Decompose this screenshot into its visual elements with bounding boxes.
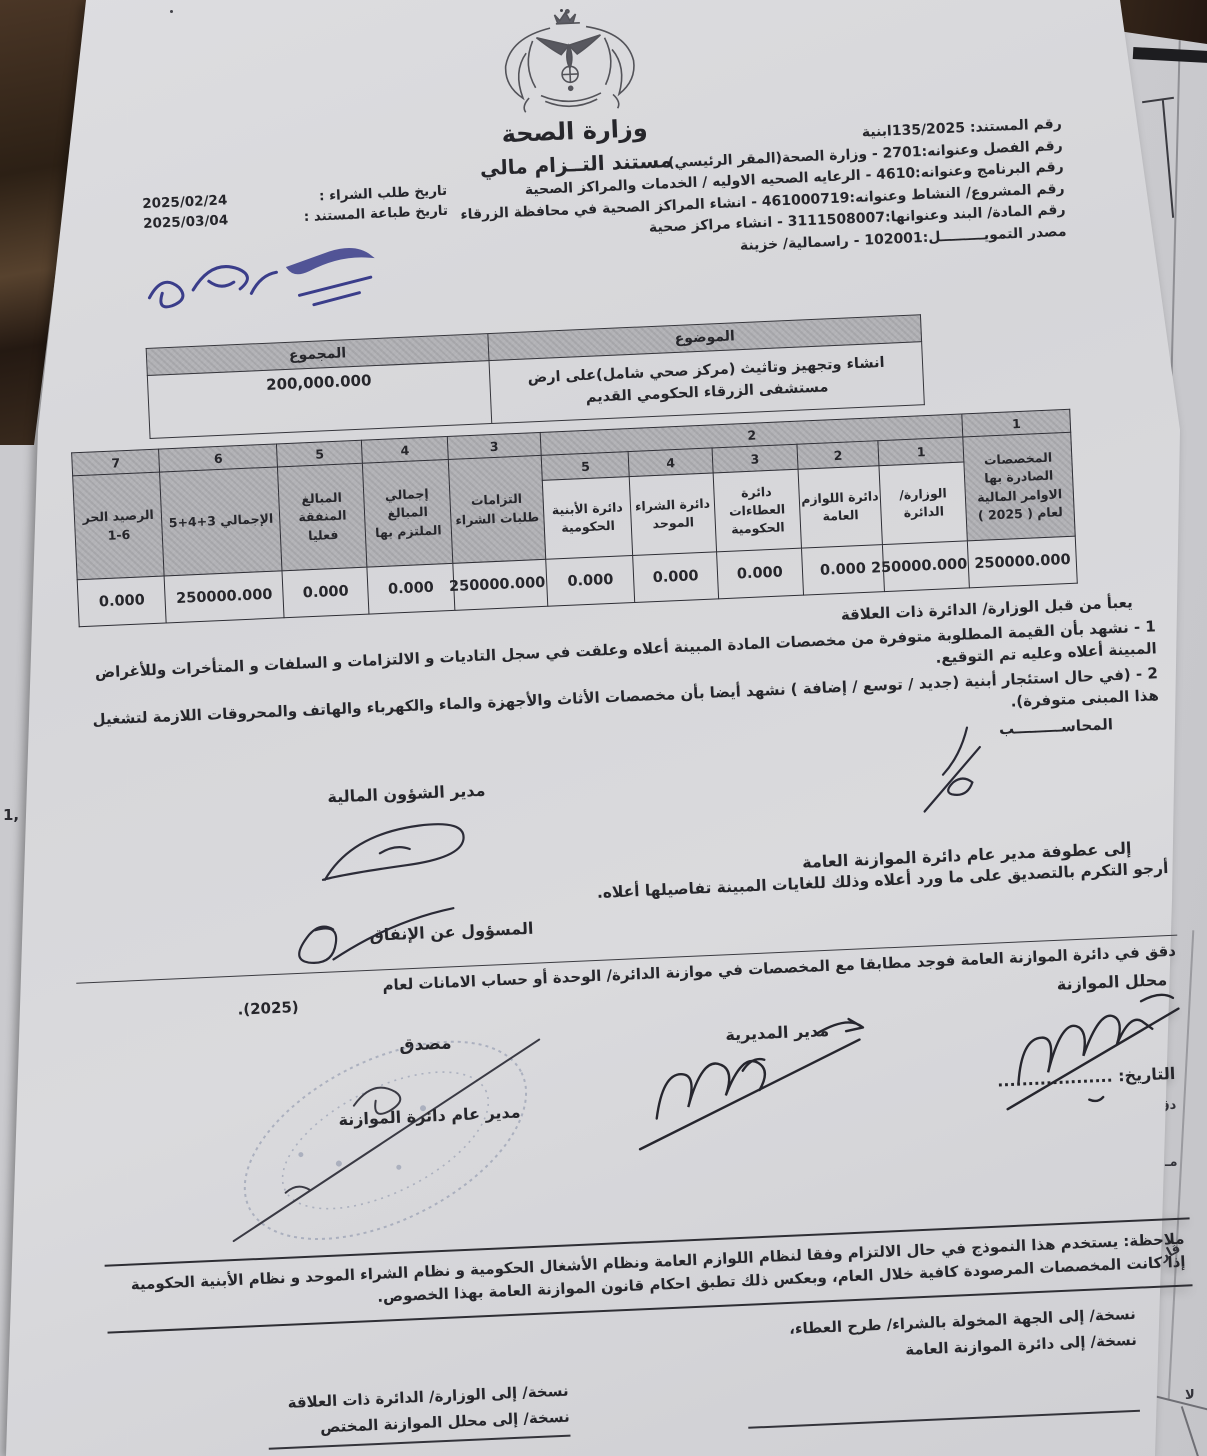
sub1-value: 250000.000 [883,541,970,592]
document-paper-wrapper: وزارة الصحة مستند التــزام مالي رقم المس… [0,0,1207,1456]
sub2-header: دائرة اللوازم العامة [798,466,883,548]
sub1-header: الوزارة/ الدائرة [879,462,968,545]
col5-header: المبالغ المنفقة فعليا [278,463,368,571]
sub5-header: دائرة الأبنية الحكومية [542,477,633,560]
sub3-value: 0.000 [716,548,803,599]
finance-director-signature [308,806,497,899]
sub4-header: دائرة الشراء الموحد [630,473,717,556]
allocation-table: 1 2 3 4 5 6 7 المخصصات الصادرة بها الاوا… [71,409,1078,627]
col4-header: إجمالي المبالغ الملتزم بها [363,459,453,567]
sub4-number: 4 [629,448,713,477]
handwritten-blue-signature [129,225,408,342]
col7-value: 0.000 [77,576,166,627]
budget-analyst-signature [993,983,1193,1119]
dust-speck [560,9,563,12]
print-date-value: 2025/03/04 [143,210,229,234]
sub2-number: 2 [797,441,879,470]
sub3-header: دائرة العطاءات الحكومية [713,469,802,552]
financial-commitment-document: وزارة الصحة مستند التــزام مالي رقم المس… [35,0,1198,1456]
sub5-number: 5 [541,452,629,481]
jordan-coat-of-arms-icon [489,4,650,121]
col6-value: 250000.000 [164,571,284,623]
sub1-number: 1 [878,437,964,466]
col4-value: 0.000 [367,563,454,614]
document-meta-block: رقم المستند: 135/2025ابنية رقم الفصل وعن… [402,114,1067,272]
directorate-manager-signature [620,1007,881,1160]
copies-left-column: نسخة/ إلى الوزارة/ الدائرة ذات العلاقة ن… [266,1377,570,1450]
col5-value: 0.000 [282,567,369,618]
document-header: وزارة الصحة مستند التــزام مالي رقم المس… [35,0,1150,352]
accountant-signature [895,718,1014,823]
col7-header: الرصيد الحر 6-1 [73,472,165,580]
certification-block: يعبأ من قبل الوزارة/ الدائرة ذات العلاقة… [70,590,1165,884]
budget-department-stamp [208,1013,563,1268]
budget-signatures-zone: محلل الموازنة مدير المديرية [78,978,1189,1262]
col3-header: التزامات طلبات الشراء [448,455,546,563]
col3-value: 250000.000 [453,559,548,610]
sub4-value: 0.000 [633,552,718,603]
dust-speck [170,10,173,13]
col6-header: الإجمالي 3+4+5 [160,467,282,576]
spending-officer-signature [268,890,472,984]
col1-header: المخصصات الصادرة بها الاوامر المالية لعا… [963,432,1075,541]
photo-of-document: ! أ دق مـ قار لا 1, [0,0,1207,1456]
col1-value: 250000.000 [968,536,1078,588]
sub3-number: 3 [712,444,798,473]
finance-director-label: مدير الشؤون المالية [327,779,486,810]
total-value-cell: 200,000.000 [147,361,491,439]
copies-right-column: نسخة/ إلى الجهة المخولة بالشراء/ طرح الع… [743,1300,1139,1428]
sub5-value: 0.000 [546,555,635,606]
